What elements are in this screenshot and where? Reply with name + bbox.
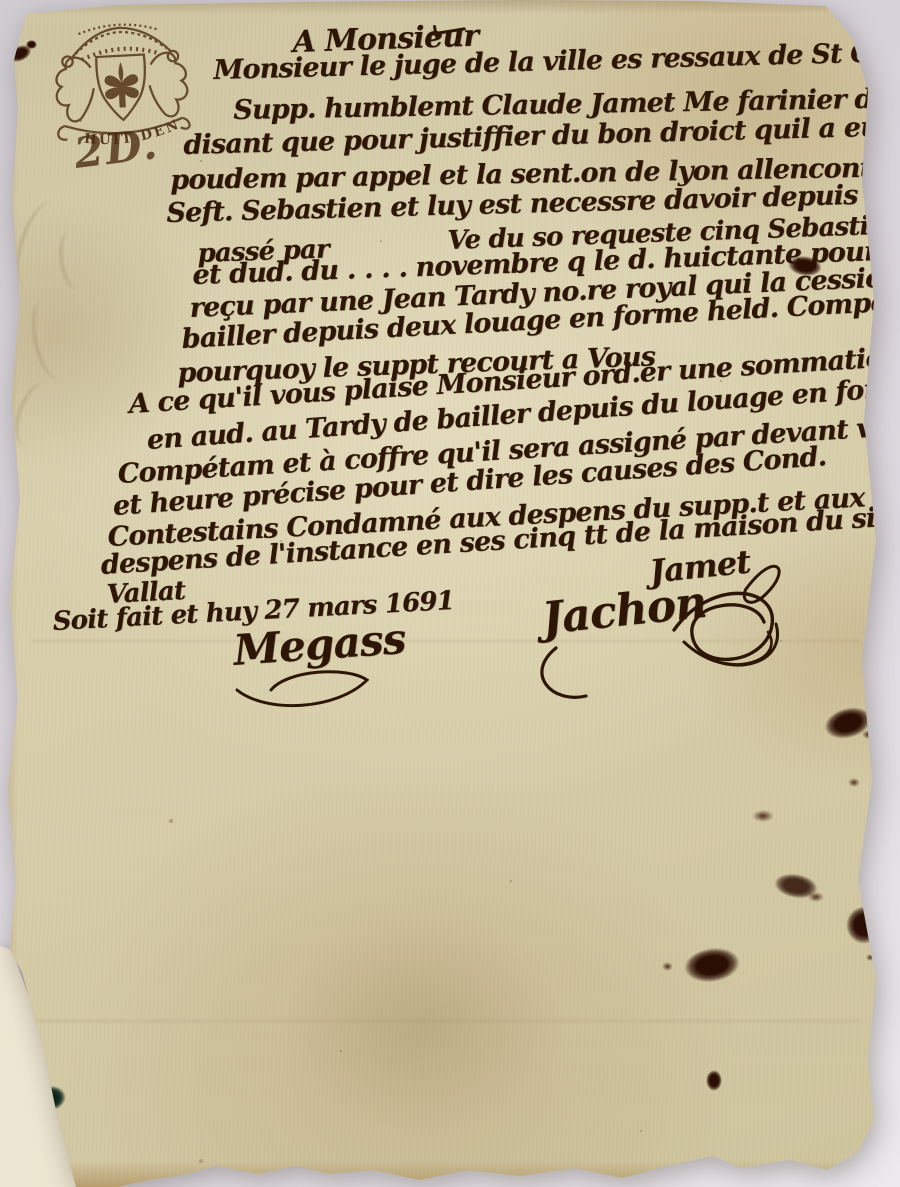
ghost-writing <box>26 297 75 382</box>
paraph-swash <box>225 662 385 712</box>
paper-sheet: HUIT DEN 2D. A Monsieur Monsieur le juge… <box>0 0 900 1187</box>
ink-stain <box>682 944 742 985</box>
ghost-writing <box>7 375 68 454</box>
ghost-writing <box>56 228 93 291</box>
paper-edge-shading <box>0 1161 900 1187</box>
tear-spot <box>32 1083 68 1114</box>
stamp-duty-value: 2D. <box>71 119 161 178</box>
crown-icon <box>81 47 160 60</box>
ink-stain <box>846 906 882 944</box>
paper-edge-shading <box>0 0 900 14</box>
ink-stain <box>662 962 673 971</box>
crease <box>30 1020 860 1022</box>
paper-edge-shading <box>878 0 900 1187</box>
ink-stain <box>752 810 774 822</box>
ink-stain <box>26 40 37 49</box>
photograph-of-manuscript: HUIT DEN 2D. A Monsieur Monsieur le juge… <box>0 0 900 1187</box>
ink-stain <box>862 730 874 739</box>
fleur-de-lis-icon <box>104 61 140 108</box>
ink-stain <box>808 892 824 902</box>
paper-edge-shading <box>0 0 18 1187</box>
paper-wrap: HUIT DEN 2D. A Monsieur Monsieur le juge… <box>0 0 900 1187</box>
lion-left-icon <box>55 57 96 123</box>
ink-stain <box>866 954 874 961</box>
ink-stain <box>706 1070 722 1091</box>
lion-right-icon <box>148 52 189 118</box>
signature-under-swash <box>530 640 700 710</box>
ink-stain <box>848 778 860 787</box>
